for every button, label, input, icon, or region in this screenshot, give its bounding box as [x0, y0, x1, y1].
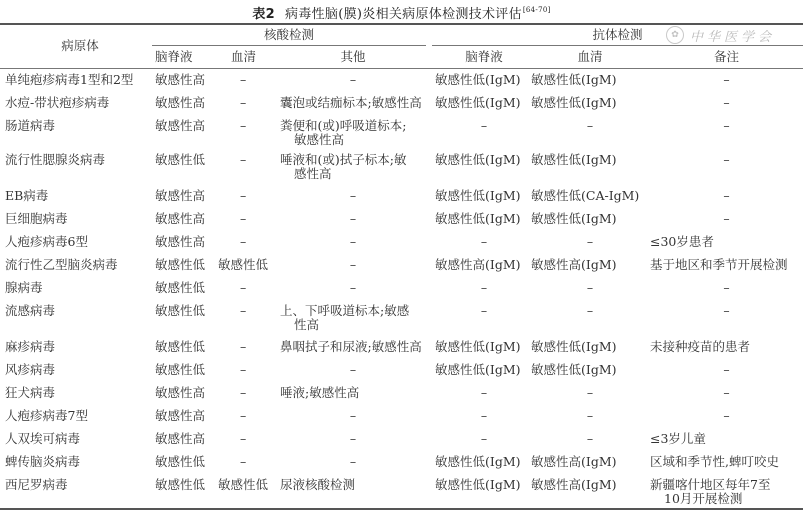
nucleic-csf-cell-text: 敏感性高	[155, 72, 205, 87]
notes-cell: 区域和季节性,蜱叮咬史	[650, 455, 803, 469]
nucleic-csf-cell-text: 敏感性高	[155, 118, 205, 133]
notes-cell-text: –	[723, 72, 729, 87]
antibody-serum-cell: 敏感性低(IgM)	[531, 96, 649, 110]
nucleic-csf-cell: 敏感性低	[155, 281, 220, 295]
nucleic-serum-cell-text: 敏感性低	[218, 257, 268, 272]
nucleic-other-cell: –	[280, 432, 426, 446]
nucleic-other-cell-text: 鼻咽拭子和尿液;敏感性高	[280, 339, 422, 354]
antibody-serum-cell-text: 敏感性高(IgM)	[531, 454, 617, 469]
nucleic-serum-cell-text: –	[240, 385, 246, 400]
nucleic-other-cell-text: –	[350, 188, 356, 203]
pathogen-cell: 蜱传脑炎病毒	[5, 455, 153, 469]
antibody-csf-cell: 敏感性高(IgM)	[435, 258, 533, 272]
nucleic-csf-cell-text: 敏感性高	[155, 408, 205, 423]
notes-cell: –	[650, 73, 803, 87]
antibody-csf-cell: –	[435, 235, 533, 249]
antibody-csf-cell-text: –	[481, 118, 487, 133]
nucleic-csf-cell-text: 敏感性高	[155, 431, 205, 446]
header-antibody-serum: 血清	[531, 49, 649, 65]
nucleic-other-cell-text: –	[350, 211, 356, 226]
antibody-csf-cell-text: 敏感性低(IgM)	[435, 339, 521, 354]
pathogen-cell: 风疹病毒	[5, 363, 153, 377]
nucleic-other-cell-text: 粪便和(或)呼吸道标本;	[280, 118, 406, 133]
antibody-csf-cell-text: –	[481, 431, 487, 446]
nucleic-csf-cell-text: 敏感性低	[155, 152, 205, 167]
antibody-csf-cell-text: –	[481, 280, 487, 295]
notes-cell-text: –	[723, 280, 729, 295]
pathogen-cell-text: 人疱疹病毒7型	[5, 408, 88, 423]
antibody-csf-cell-text: 敏感性高(IgM)	[435, 257, 521, 272]
table-title: 病毒性脑(膜)炎相关病原体检测技术评估	[285, 7, 522, 22]
antibody-serum-cell: –	[531, 409, 649, 423]
nucleic-other-cell: –	[280, 409, 426, 423]
antibody-serum-cell-text: 敏感性低(IgM)	[531, 211, 617, 226]
nucleic-serum-cell-text: –	[240, 188, 246, 203]
notes-cell-text: –	[723, 385, 729, 400]
nucleic-csf-cell-text: 敏感性低	[155, 362, 205, 377]
nucleic-csf-cell: 敏感性高	[155, 409, 220, 423]
notes-cell-text: –	[723, 303, 729, 318]
notes-cell-text: –	[723, 188, 729, 203]
nucleic-other-cell: 唾液和(或)拭子标本;敏感性高	[280, 153, 426, 181]
nucleic-csf-cell-text: 敏感性低	[155, 257, 205, 272]
pathogen-cell: 流行性腮腺炎病毒	[5, 153, 153, 167]
antibody-csf-cell: 敏感性低(IgM)	[435, 189, 533, 203]
notes-cell-text: –	[723, 95, 729, 110]
nucleic-other-cell: –	[280, 363, 426, 377]
antibody-csf-cell-text: 敏感性低(IgM)	[435, 362, 521, 377]
nucleic-csf-cell-text: 敏感性高	[155, 95, 205, 110]
antibody-serum-cell: 敏感性低(IgM)	[531, 212, 649, 226]
nucleic-csf-cell-text: 敏感性低	[155, 303, 205, 318]
nucleic-csf-cell: 敏感性高	[155, 189, 220, 203]
header-nucleic-other: 其他	[280, 49, 426, 65]
nucleic-serum-cell-text: –	[240, 280, 246, 295]
antibody-csf-cell-text: 敏感性低(IgM)	[435, 454, 521, 469]
header-nucleic-csf: 脑脊液	[155, 49, 220, 65]
nucleic-other-cell: –	[280, 212, 426, 226]
nucleic-other-cell: –	[280, 455, 426, 469]
antibody-csf-cell-text: –	[481, 385, 487, 400]
nucleic-other-cell-text: –	[350, 72, 356, 87]
nucleic-serum-cell-text: –	[240, 152, 246, 167]
notes-cell-continuation: 10月开展检测	[650, 492, 803, 506]
header-notes: 备注	[650, 49, 803, 65]
pathogen-cell: 腺病毒	[5, 281, 153, 295]
pathogen-cell: 肠道病毒	[5, 119, 153, 133]
pathogen-cell: 人双埃可病毒	[5, 432, 153, 446]
pathogen-cell: 狂犬病毒	[5, 386, 153, 400]
antibody-serum-cell-text: 敏感性低(IgM)	[531, 152, 617, 167]
nucleic-csf-cell: 敏感性高	[155, 96, 220, 110]
table-bottom-rule	[0, 508, 803, 510]
pathogen-cell-text: 流感病毒	[5, 303, 55, 318]
header-antibody-group: 抗体检测	[432, 27, 803, 43]
antibody-group-rule	[432, 45, 803, 46]
pathogen-cell-text: 流行性腮腺炎病毒	[5, 152, 105, 167]
antibody-serum-cell-text: 敏感性高(IgM)	[531, 477, 617, 492]
nucleic-other-cell-text: 尿液核酸检测	[280, 477, 355, 492]
nucleic-serum-cell-text: –	[240, 95, 246, 110]
nucleic-csf-cell: 敏感性高	[155, 73, 220, 87]
notes-cell: –	[650, 153, 803, 167]
pathogen-cell-text: 巨细胞病毒	[5, 211, 68, 226]
notes-cell-text: ≤30岁患者	[650, 234, 714, 249]
notes-cell-text: –	[723, 408, 729, 423]
nucleic-other-cell: 尿液核酸检测	[280, 478, 426, 492]
pathogen-cell-text: 人双埃可病毒	[5, 431, 80, 446]
antibody-serum-cell: –	[531, 432, 649, 446]
notes-cell: –	[650, 96, 803, 110]
antibody-serum-cell: 敏感性高(IgM)	[531, 455, 649, 469]
nucleic-csf-cell: 敏感性高	[155, 119, 220, 133]
notes-cell: –	[650, 363, 803, 377]
pathogen-cell: 西尼罗病毒	[5, 478, 153, 492]
antibody-csf-cell: –	[435, 304, 533, 318]
nucleic-serum-cell-text: –	[240, 303, 246, 318]
nucleic-serum-cell: 敏感性低	[218, 258, 278, 272]
antibody-serum-cell: 敏感性低(IgM)	[531, 363, 649, 377]
notes-cell-text: –	[723, 211, 729, 226]
pathogen-cell-text: 单纯疱疹病毒1型和2型	[5, 72, 133, 87]
notes-cell: –	[650, 189, 803, 203]
antibody-serum-cell-text: 敏感性低(IgM)	[531, 339, 617, 354]
nucleic-other-cell-text: –	[350, 431, 356, 446]
pathogen-cell-text: 麻疹病毒	[5, 339, 55, 354]
pathogen-cell: 人疱疹病毒7型	[5, 409, 153, 423]
notes-cell: –	[650, 304, 803, 318]
nucleic-serum-cell-text: –	[240, 211, 246, 226]
antibody-serum-cell: 敏感性高(IgM)	[531, 478, 649, 492]
notes-cell: –	[650, 119, 803, 133]
nucleic-other-cell: 唾液;敏感性高	[280, 386, 426, 400]
nucleic-csf-cell-text: 敏感性低	[155, 477, 205, 492]
antibody-csf-cell: 敏感性低(IgM)	[435, 153, 533, 167]
notes-cell: –	[650, 281, 803, 295]
antibody-csf-cell: –	[435, 409, 533, 423]
antibody-csf-cell-text: 敏感性低(IgM)	[435, 188, 521, 203]
table-header-rule	[0, 68, 803, 69]
header-pathogen: 病原体	[0, 38, 160, 54]
antibody-csf-cell-text: –	[481, 234, 487, 249]
pathogen-cell: 单纯疱疹病毒1型和2型	[5, 73, 153, 87]
antibody-csf-cell: 敏感性低(IgM)	[435, 96, 533, 110]
antibody-serum-cell: –	[531, 119, 649, 133]
antibody-serum-cell: –	[531, 235, 649, 249]
antibody-serum-cell-text: –	[587, 431, 593, 446]
nucleic-csf-cell: 敏感性高	[155, 212, 220, 226]
pathogen-cell-text: 人疱疹病毒6型	[5, 234, 88, 249]
antibody-serum-cell-text: –	[587, 234, 593, 249]
pathogen-cell: 流感病毒	[5, 304, 153, 318]
notes-cell-text: –	[723, 362, 729, 377]
antibody-serum-cell: 敏感性高(IgM)	[531, 258, 649, 272]
antibody-serum-cell: 敏感性低(CA-IgM)	[531, 189, 649, 203]
antibody-serum-cell-text: 敏感性低(IgM)	[531, 362, 617, 377]
antibody-serum-cell-text: 敏感性高(IgM)	[531, 257, 617, 272]
pathogen-cell: 麻疹病毒	[5, 340, 153, 354]
nucleic-serum-cell-text: –	[240, 118, 246, 133]
nucleic-other-cell: 粪便和(或)呼吸道标本;敏感性高	[280, 119, 426, 147]
antibody-serum-cell-text: 敏感性低(IgM)	[531, 72, 617, 87]
notes-cell: ≤30岁患者	[650, 235, 803, 249]
table-top-rule	[0, 23, 803, 25]
notes-cell: –	[650, 212, 803, 226]
nucleic-other-cell-text: 唾液;敏感性高	[280, 385, 359, 400]
nucleic-other-cell: 上、下呼吸道标本;敏感性高	[280, 304, 426, 332]
notes-cell-text: 未接种疫苗的患者	[650, 339, 750, 354]
nucleic-other-cell-text: –	[350, 408, 356, 423]
nucleic-serum-cell: 敏感性低	[218, 478, 278, 492]
antibody-csf-cell-text: 敏感性低(IgM)	[435, 477, 521, 492]
nucleic-other-cell-text: –	[350, 257, 356, 272]
nucleic-other-cell: 囊泡或结痂标本;敏感性高	[280, 96, 426, 110]
nucleic-csf-cell: 敏感性高	[155, 386, 220, 400]
notes-cell: –	[650, 409, 803, 423]
antibody-csf-cell-text: 敏感性低(IgM)	[435, 72, 521, 87]
nucleic-csf-cell: 敏感性低	[155, 455, 220, 469]
nucleic-other-cell-continuation: 敏感性高	[280, 133, 426, 147]
nucleic-other-cell-continuation: 性高	[280, 318, 426, 332]
nucleic-other-cell: –	[280, 235, 426, 249]
nucleic-serum-cell-text: –	[240, 234, 246, 249]
antibody-csf-cell: –	[435, 432, 533, 446]
nucleic-serum-cell-text: –	[240, 454, 246, 469]
antibody-csf-cell-text: 敏感性低(IgM)	[435, 211, 521, 226]
antibody-serum-cell: 敏感性低(IgM)	[531, 340, 649, 354]
pathogen-cell-text: 风疹病毒	[5, 362, 55, 377]
pathogen-cell: 人疱疹病毒6型	[5, 235, 153, 249]
antibody-serum-cell-text: –	[587, 303, 593, 318]
nucleic-other-cell-text: –	[350, 362, 356, 377]
antibody-csf-cell-text: 敏感性低(IgM)	[435, 95, 521, 110]
nucleic-other-cell-text: 上、下呼吸道标本;敏感	[280, 303, 409, 318]
pathogen-cell: 水痘-带状疱疹病毒	[5, 96, 153, 110]
notes-cell-text: 区域和季节性,蜱叮咬史	[650, 454, 779, 469]
nucleic-other-cell-continuation: 感性高	[280, 167, 426, 181]
antibody-csf-cell: –	[435, 281, 533, 295]
antibody-serum-cell: –	[531, 304, 649, 318]
nucleic-csf-cell: 敏感性低	[155, 478, 220, 492]
nucleic-other-cell-text: 囊泡或结痂标本;敏感性高	[280, 95, 422, 110]
nucleic-other-cell-text: –	[350, 234, 356, 249]
nucleic-serum-cell-text: –	[240, 339, 246, 354]
antibody-csf-cell-text: –	[481, 408, 487, 423]
antibody-csf-cell: 敏感性低(IgM)	[435, 363, 533, 377]
nucleic-csf-cell: 敏感性高	[155, 432, 220, 446]
nucleic-other-cell-text: –	[350, 454, 356, 469]
nucleic-group-rule	[152, 45, 426, 46]
nucleic-other-cell: 鼻咽拭子和尿液;敏感性高	[280, 340, 426, 354]
notes-cell: ≤3岁儿童	[650, 432, 803, 446]
notes-cell-text: 基于地区和季节开展检测	[650, 257, 788, 272]
antibody-serum-cell-text: –	[587, 408, 593, 423]
pathogen-cell: EB病毒	[5, 189, 153, 203]
nucleic-csf-cell: 敏感性低	[155, 340, 220, 354]
antibody-serum-cell-text: 敏感性低(CA-IgM)	[531, 188, 639, 203]
reference-citation: [64-70]	[523, 6, 551, 14]
notes-cell-text: ≤3岁儿童	[650, 431, 706, 446]
nucleic-serum-cell-text: –	[240, 362, 246, 377]
antibody-serum-cell: –	[531, 386, 649, 400]
nucleic-other-cell: –	[280, 189, 426, 203]
nucleic-csf-cell: 敏感性低	[155, 153, 220, 167]
notes-cell: 基于地区和季节开展检测	[650, 258, 803, 272]
nucleic-serum-cell-text: –	[240, 72, 246, 87]
antibody-csf-cell-text: –	[481, 303, 487, 318]
nucleic-csf-cell-text: 敏感性高	[155, 385, 205, 400]
antibody-csf-cell: 敏感性低(IgM)	[435, 212, 533, 226]
notes-cell: –	[650, 386, 803, 400]
notes-cell-text: 新疆喀什地区每年7至	[650, 477, 770, 492]
nucleic-serum-cell-text: 敏感性低	[218, 477, 268, 492]
antibody-csf-cell-text: 敏感性低(IgM)	[435, 152, 521, 167]
nucleic-csf-cell: 敏感性低	[155, 258, 220, 272]
antibody-csf-cell: 敏感性低(IgM)	[435, 478, 533, 492]
antibody-serum-cell: 敏感性低(IgM)	[531, 73, 649, 87]
pathogen-cell: 流行性乙型脑炎病毒	[5, 258, 153, 272]
antibody-serum-cell: –	[531, 281, 649, 295]
notes-cell: 新疆喀什地区每年7至10月开展检测	[650, 478, 803, 506]
antibody-csf-cell: 敏感性低(IgM)	[435, 455, 533, 469]
nucleic-other-cell: –	[280, 73, 426, 87]
pathogen-cell-text: 肠道病毒	[5, 118, 55, 133]
antibody-csf-cell: –	[435, 119, 533, 133]
header-nucleic-serum: 血清	[231, 49, 271, 65]
nucleic-other-cell: –	[280, 258, 426, 272]
nucleic-csf-cell-text: 敏感性低	[155, 454, 205, 469]
antibody-serum-cell-text: –	[587, 385, 593, 400]
pathogen-cell-text: 腺病毒	[5, 280, 43, 295]
header-antibody-label: 抗体检测	[498, 27, 738, 43]
pathogen-cell-text: 狂犬病毒	[5, 385, 55, 400]
header-antibody-csf: 脑脊液	[435, 49, 533, 65]
nucleic-serum-cell-text: –	[240, 408, 246, 423]
nucleic-serum-cell-text: –	[240, 431, 246, 446]
pathogen-cell-text: 西尼罗病毒	[5, 477, 68, 492]
notes-cell-text: –	[723, 118, 729, 133]
nucleic-csf-cell: 敏感性低	[155, 363, 220, 377]
nucleic-csf-cell-text: 敏感性高	[155, 234, 205, 249]
table-caption: 表2病毒性脑(膜)炎相关病原体检测技术评估[64-70]	[0, 1, 803, 24]
antibody-serum-cell: 敏感性低(IgM)	[531, 153, 649, 167]
pathogen-cell: 巨细胞病毒	[5, 212, 153, 226]
nucleic-csf-cell-text: 敏感性高	[155, 211, 205, 226]
nucleic-other-cell-text: –	[350, 280, 356, 295]
pathogen-cell-text: 流行性乙型脑炎病毒	[5, 257, 118, 272]
nucleic-csf-cell-text: 敏感性低	[155, 339, 205, 354]
antibody-serum-cell-text: 敏感性低(IgM)	[531, 95, 617, 110]
nucleic-csf-cell: 敏感性低	[155, 304, 220, 318]
nucleic-csf-cell: 敏感性高	[155, 235, 220, 249]
header-nucleic-group: 核酸检测	[152, 27, 426, 43]
pathogen-cell-text: 水痘-带状疱疹病毒	[5, 95, 109, 110]
table-label: 表2	[252, 7, 275, 22]
antibody-csf-cell: 敏感性低(IgM)	[435, 340, 533, 354]
pathogen-cell-text: 蜱传脑炎病毒	[5, 454, 80, 469]
antibody-serum-cell-text: –	[587, 280, 593, 295]
antibody-csf-cell: –	[435, 386, 533, 400]
antibody-csf-cell: 敏感性低(IgM)	[435, 73, 533, 87]
nucleic-csf-cell-text: 敏感性低	[155, 280, 205, 295]
nucleic-other-cell: –	[280, 281, 426, 295]
antibody-serum-cell-text: –	[587, 118, 593, 133]
notes-cell: 未接种疫苗的患者	[650, 340, 803, 354]
nucleic-other-cell-text: 唾液和(或)拭子标本;敏	[280, 152, 406, 167]
notes-cell-text: –	[723, 152, 729, 167]
pathogen-cell-text: EB病毒	[5, 188, 48, 203]
nucleic-csf-cell-text: 敏感性高	[155, 188, 205, 203]
